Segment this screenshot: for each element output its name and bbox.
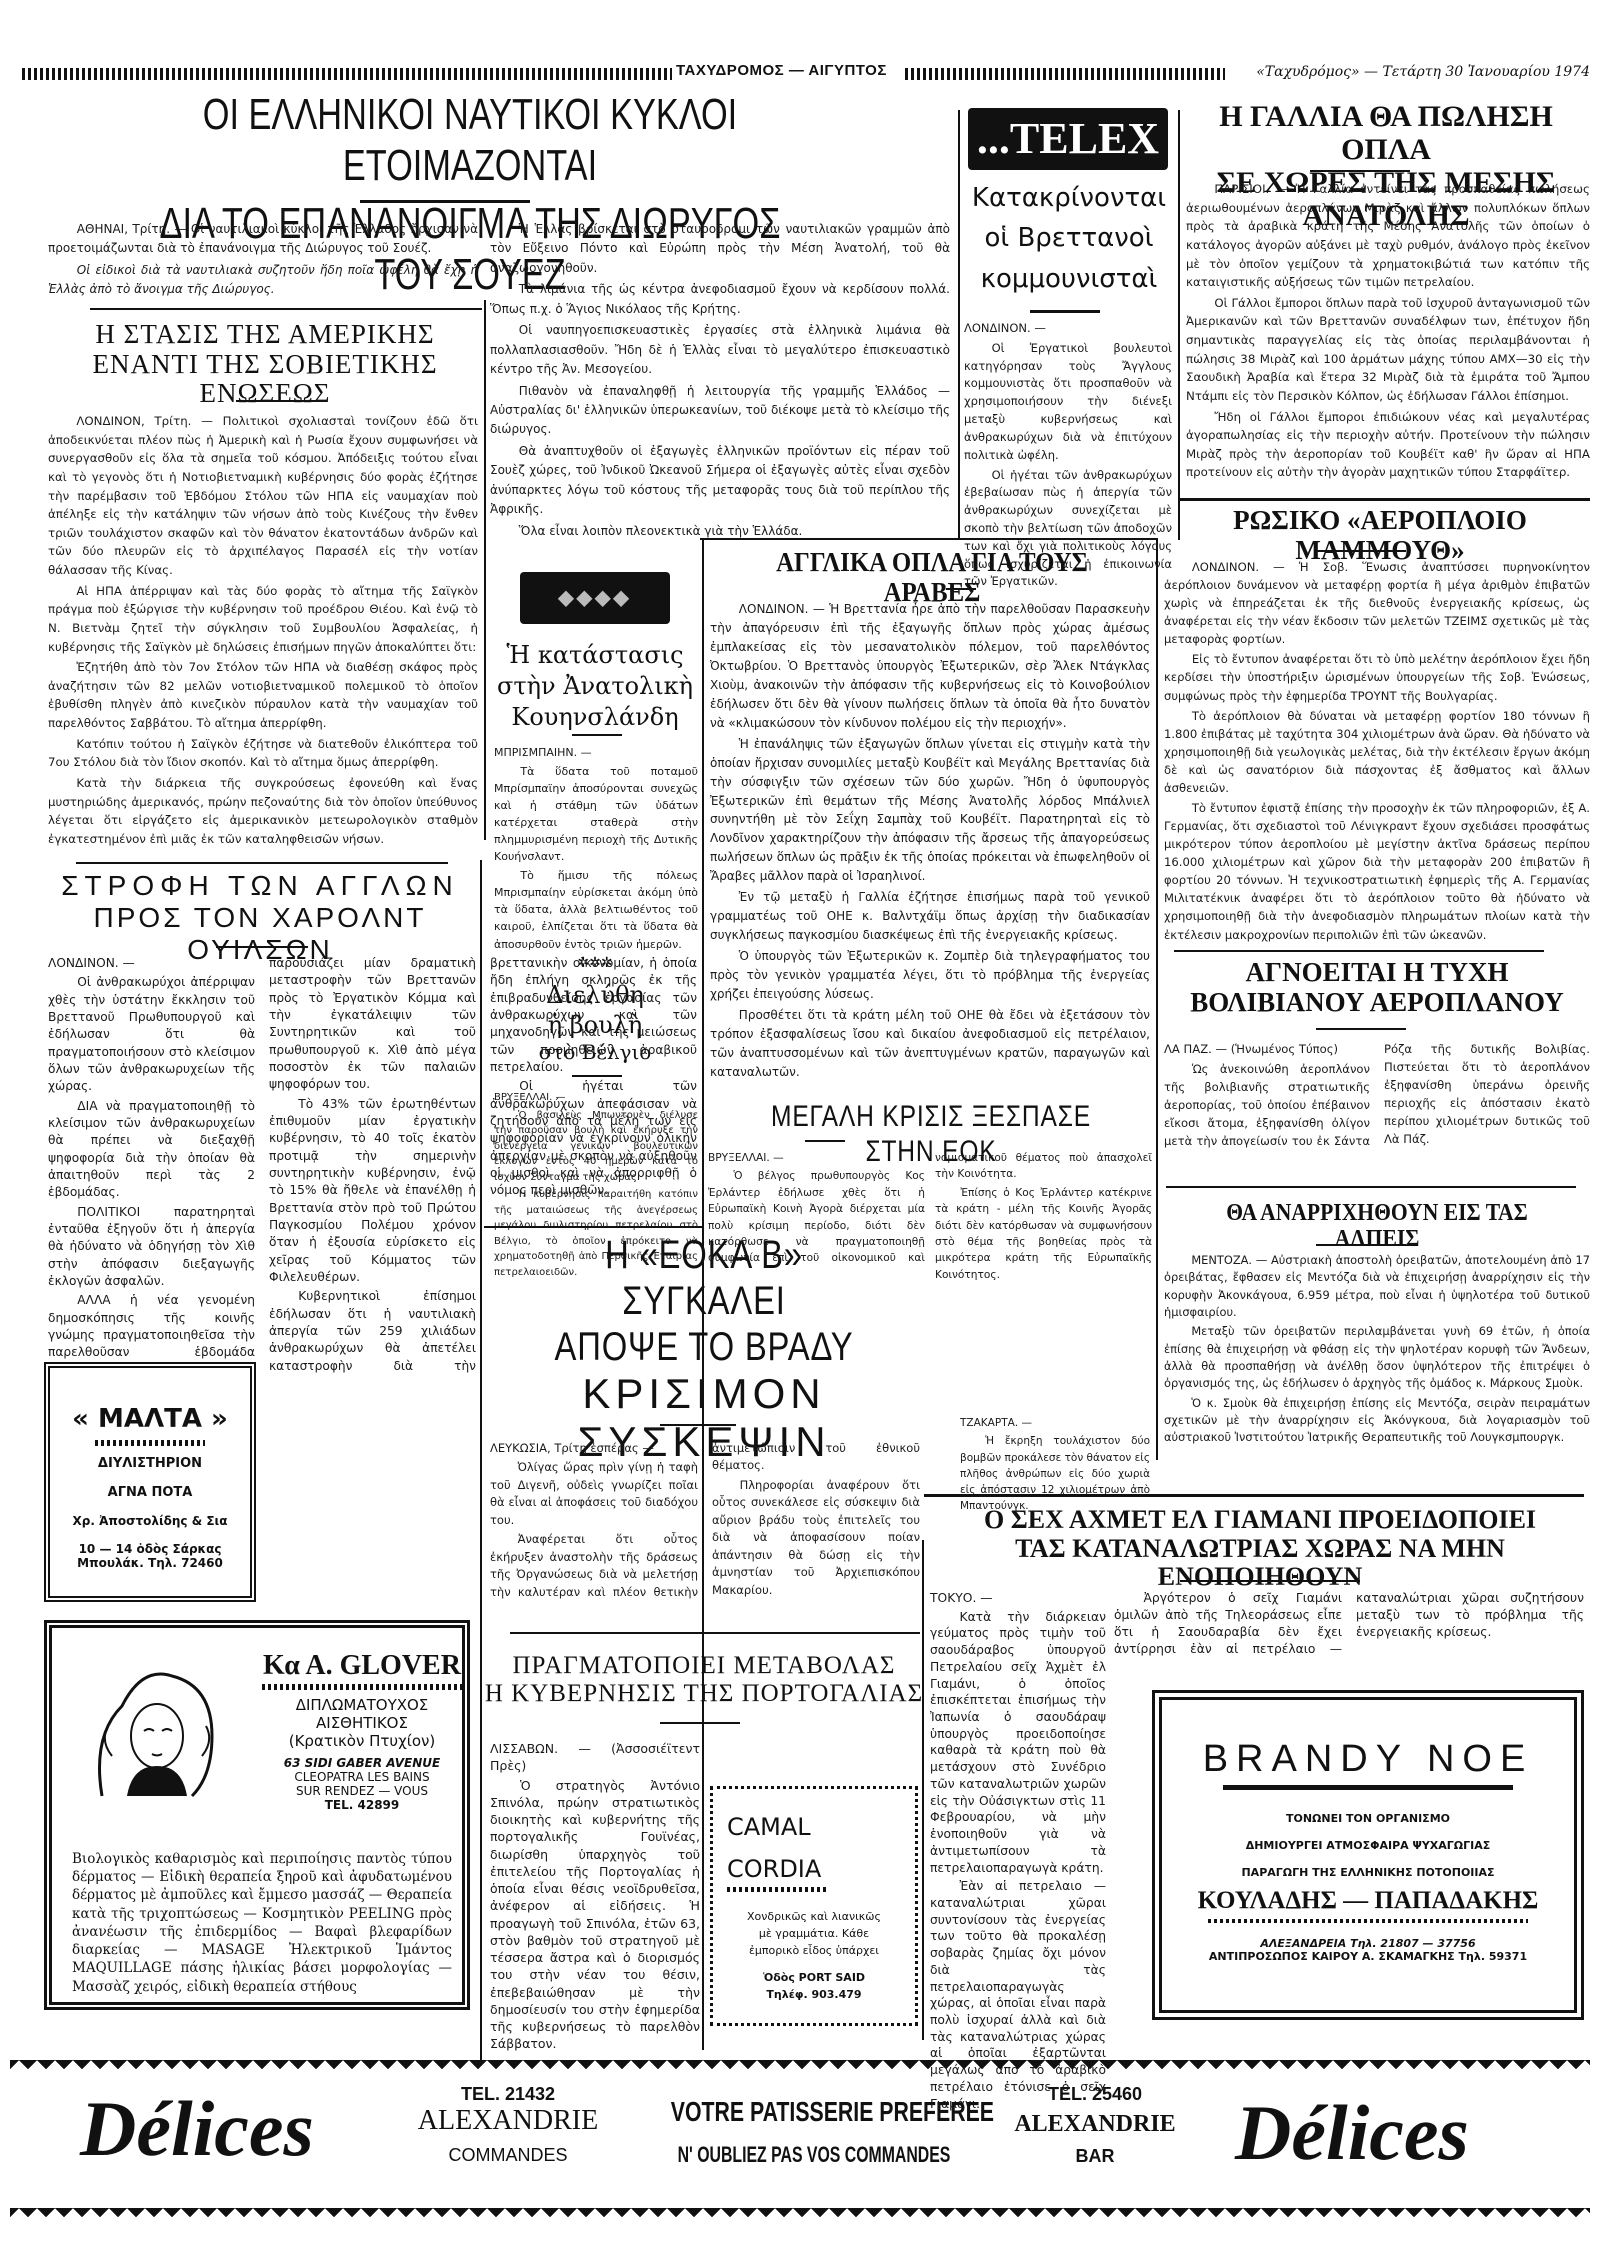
america-rule	[236, 400, 316, 402]
portugal-headline-line-2: Η ΚΥΒΕΡΝΗΣΙΣ ΤΗΣ ΠΟΡΤΟΓΑΛΙΑΣ	[484, 1680, 924, 1708]
masthead-ornament-left	[22, 68, 672, 80]
masthead-ornament-right	[905, 68, 1225, 80]
portugal-rule	[660, 1722, 740, 1724]
rossiko-headline: ΡΩΣΙΚΟ «ΑΕΡΟΠΛΟΙΟ ΜΑΜΜΟΥΘ»	[1170, 506, 1590, 565]
arab-arms-paragraph: ΛΟΝΔΙΝΟΝ. — Ἡ Βρεττανία ἦρε ἀπὸ τὴν παρε…	[710, 600, 1150, 733]
eoka-headline: Η «ΕΟΚΑ Β» ΣΥΓΚΑΛΕΙ ΑΠΟΨΕ ΤΟ ΒΡΑΔΥ ΚΡΙΣΙ…	[484, 1232, 924, 1467]
yamani-headline-line-1: Ο ΣΕΧ ΑΧΜΕΤ ΕΛ ΓΙΑΜΑΝΙ ΠΡΟΕΙΔΟΠΟΙΕΙ	[920, 1506, 1600, 1535]
telex-rule	[1030, 310, 1100, 313]
delices-slogan-line-1: VOTRE PATISSERIE PREFEREE	[671, 2096, 929, 2128]
france-paragraph: Οἱ Γάλλοι ἔμποροι ὅπλων παρὰ τοῦ ἰσχυροῦ…	[1186, 294, 1590, 406]
telex-paragraph: Οἱ Ἐργατικοὶ βουλευτοὶ κατηγόρησαν τοὺς …	[964, 340, 1172, 465]
queensland-headline-line: Ἡ κατάστασις	[490, 640, 700, 671]
tsakarta-paragraph: Ἡ ἔκρηξη τουλάχιστον δύο βομβῶν προκάλεσ…	[960, 1433, 1150, 1514]
brandy-rule	[1223, 1785, 1513, 1790]
malta-line: ΔΙΥΛΙΣΤΗΡΙΟΝ	[50, 1456, 250, 1471]
lead-paragraph: ΑΘΗΝΑΙ, Τρίτη. — Οἱ ναυτιλιακοὶ κύκλοι τ…	[48, 220, 478, 259]
glover-title: (Κρατικὸν Πτυχίον)	[262, 1732, 462, 1750]
america-headline: Η ΣΤΑΣΙΣ ΤΗΣ ΑΜΕΡΙΚΗΣ ΕΝΑΝΤΙ ΤΗΣ ΣΟΒΙΕΤΙ…	[50, 320, 480, 409]
camal-desc: Χονδρικῶς καὶ λιανικῶς	[727, 1908, 901, 1925]
rossiko-body: ΛΟΝΔΙΝΟΝ. — Ἡ Σοβ. Ἕνωσις ἀναπτύσσει πυρ…	[1164, 558, 1590, 946]
strofi-headline-line-1: ΣΤΡΟΦΗ ΤΩΝ ΑΓΓΛΩΝ	[40, 870, 480, 902]
malta-phone: Μπουλάκ. Τηλ. 72460	[50, 1556, 250, 1570]
eoka-body: ΛΕΥΚΩΣΙΑ, Τρίτη ἑσπέρας — Ὀλίγας ὥρας πρ…	[490, 1440, 920, 1601]
section-rule	[1166, 1186, 1576, 1188]
alps-rule	[1316, 1244, 1406, 1246]
france-headline-line-1: Η ΓΑΛΛΙΑ ΘΑ ΠΩΛΗΣΗ ΟΠΛΑ	[1186, 100, 1586, 166]
france-body: ΠΑΡΙΣΙΟΙ. — Ἡ Γαλλία ἐντείνει τὰς προσπα…	[1186, 180, 1590, 484]
rossiko-paragraph: Εἰς τὸ ἔντυπον ἀναφέρεται ὅτι τὸ ὑπὸ μελ…	[1164, 650, 1590, 704]
eoka-paragraph: Πληροφορίαι ἀναφέρουν ὅτι οὗτος συνεκάλε…	[712, 1477, 920, 1599]
portugal-headline: ΠΡΑΓΜΑΤΟΠΟΙΕΙ ΜΕΤΑΒΟΛΑΣ Η ΚΥΒΕΡΝΗΣΙΣ ΤΗΣ…	[484, 1652, 924, 1707]
glover-address: CLEOPATRA LES BAINS	[262, 1770, 462, 1784]
portugal-paragraph: Ὁ στρατηγὸς Ἀντόνιο Σπινόλα, πρώην στρατ…	[490, 1777, 700, 2053]
eoka-paragraph: Ὀλίγας ὥρας πρὶν γίνῃ ἡ ταφὴ τοῦ Διγενῆ,…	[490, 1459, 698, 1529]
america-paragraph: Κατὰ τὴν διάρκεια τῆς συγκρούσεως ἐφονεύ…	[48, 774, 478, 849]
eok-dateline: ΒΡΥΞΕΛΛΑΙ. —	[708, 1150, 925, 1166]
yamani-headline-line-2: ΤΑΣ ΚΑΤΑΝΑΛΩΤΡΙΑΣ ΧΩΡΑΣ ΝΑ ΜΗΝ ΕΝΟΠΟΙΗΘΟ…	[920, 1535, 1600, 1592]
brandy-name: BRANDY NOE	[1162, 1738, 1574, 1781]
brandy-address: ΑΛΕΞΑΝΔΡΕΙΑ Τηλ. 21807 — 37756	[1162, 1937, 1574, 1950]
glover-services: Βιολογικὸς καθαρισμὸς καὶ περιποίησις πα…	[72, 1850, 452, 1996]
section-rule	[924, 1494, 1584, 1497]
telex-dateline: ΛΟΝΔΙΝΟΝ. —	[964, 320, 1172, 338]
brandy-ornament	[1208, 1919, 1528, 1923]
brandy-ad: BRANDY NOE ΤΟΝΩΝΕΙ ΤΟΝ ΟΡΓΑΝΙΣΜΟ ΔΗΜΙΟΥΡ…	[1152, 1690, 1584, 2020]
section-rule	[700, 538, 1158, 540]
arab-arms-paragraph: Ἡ ἐπανάληψις τῶν ἐξαγωγῶν ὅπλων γίνεται …	[710, 735, 1150, 887]
banner-zigzag-top	[10, 2060, 1590, 2072]
telex-headline-line: Κατακρίνονται	[962, 178, 1176, 218]
portugal-body: ΛΙΣΣΑΒΩΝ. — (Ἀσσοσιέϊτεντ Πρὲς) Ὁ στρατη…	[490, 1740, 700, 2055]
brandy-line: ΔΗΜΙΟΥΡΓΕΙ ΑΤΜΟΣΦΑΙΡΑ ΨΥΧΑΓΩΓΙΑΣ	[1162, 1839, 1574, 1852]
eoka-dateline: ΛΕΥΚΩΣΙΑ, Τρίτη ἑσπέρας —	[490, 1440, 698, 1457]
bolivia-body: ΛΑ ΠΑΖ. — (Ἡνωμένος Τύπος) Ὡς ἀνεκοινώθη…	[1164, 1040, 1590, 1150]
delices-banner: Délices TEL. 21432 ALEXANDRIE COMMANDES …	[10, 2074, 1590, 2204]
arab-arms-paragraph: Ὁ ὑπουργὸς τῶν Ἐξωτερικῶν κ. Ζομπὲρ διὰ …	[710, 947, 1150, 1004]
delices-left-info: TEL. 21432 ALEXANDRIE COMMANDES	[388, 2084, 628, 2166]
strofi-body: ΛΟΝΔΙΝΟΝ. — Οἱ ἀνθρακωρύχοι ἀπέρριψαν χθ…	[48, 955, 476, 1375]
strofi-paragraph: Οἱ ἡγέται τῶν ἀνθρακωρύχων ἀπεφάσισαν νὰ…	[490, 1078, 697, 1199]
section-rule	[510, 1632, 920, 1634]
telex-headline-line: οἱ Βρεττανοὶ	[962, 218, 1176, 258]
section-rule	[76, 862, 448, 864]
lead-paragraph: Ἡ Ἑλλὰς βρίσκεται στὸ σταυροδρόμι τῶν να…	[490, 220, 950, 278]
lead-body-col2: Ἡ Ἑλλὰς βρίσκεται στὸ σταυροδρόμι τῶν να…	[490, 220, 950, 543]
queensland-rule	[572, 734, 622, 736]
strofi-paragraph: ΠΟΛΙΤΙΚΟΙ παρατηρηταὶ ἐνταῦθα ἐξηγοῦν ὅτ…	[48, 1204, 255, 1291]
lead-paragraph: Οἱ εἰδικοὶ διὰ τὰ ναυτιλιακὰ συζητοῦν ἤδ…	[48, 261, 478, 300]
france-paragraph: ΠΑΡΙΣΙΟΙ. — Ἡ Γαλλία ἐντείνει τὰς προσπα…	[1186, 180, 1590, 292]
delices-left-sub: COMMANDES	[388, 2145, 628, 2166]
malta-owner: Χρ. Ἀποστολίδης & Σια	[50, 1514, 250, 1528]
camal-ad: CAMAL CORDIA Χονδρικῶς καὶ λιανικῶς μὲ γ…	[710, 1786, 918, 2026]
glover-address: SUR RENDEZ — VOUS	[262, 1784, 462, 1798]
rossiko-paragraph: ΛΟΝΔΙΝΟΝ. — Ἡ Σοβ. Ἕνωσις ἀναπτύσσει πυρ…	[1164, 558, 1590, 648]
alps-body: ΜΕΝΤΟΖΑ. — Αὐστριακὴ ἀποστολὴ ὀρειβατῶν,…	[1164, 1252, 1590, 1449]
delices-logo-right: Délices	[1235, 2088, 1535, 2178]
yamani-headline: Ο ΣΕΧ ΑΧΜΕΤ ΕΛ ΓΙΑΜΑΝΙ ΠΡΟΕΙΔΟΠΟΙΕΙ ΤΑΣ …	[920, 1506, 1600, 1592]
glover-title: ΔΙΠΛΩΜΑΤΟΥΧΟΣ	[262, 1696, 462, 1714]
brandy-line: ΠΑΡΑΓΩΓΗ ΤΗΣ ΕΛΛΗΝΙΚΗΣ ΠΟΤΟΠΟΙΙΑΣ	[1162, 1866, 1574, 1879]
camal-phone: Τηλέφ. 903.479	[727, 1986, 901, 2003]
arab-arms-paragraph: Προσθέτει ὅτι τὰ κράτη μέλη τοῦ ΟΗΕ θὰ ἔ…	[710, 1006, 1150, 1082]
camal-ornament	[727, 1887, 827, 1892]
lead-paragraph: Οἱ ναυπηγοεπισκευαστικὲς ἐργασίες στὰ ἑλ…	[490, 321, 950, 379]
rossiko-paragraph: Τὸ ἀερόπλοιον θὰ δύναται νὰ μεταφέρῃ φορ…	[1164, 707, 1590, 797]
eoka-headline-line: Η «ΕΟΚΑ Β» ΣΥΓΚΑΛΕΙ	[524, 1232, 885, 1324]
alps-paragraph: ΜΕΝΤΟΖΑ. — Αὐστριακὴ ἀποστολὴ ὀρειβατῶν,…	[1164, 1252, 1590, 1321]
lead-rule	[360, 200, 530, 203]
queensland-headline-line: Κουηνσλάνδη	[490, 702, 700, 733]
three-faces-illustration-icon	[72, 1646, 242, 1816]
bolivia-rule	[1316, 1028, 1406, 1030]
bolivia-headline-line-1: ΑΓΝΟΕΙΤΑΙ Η ΤΥΧΗ	[1164, 958, 1590, 988]
arab-arms-headline: ΑΓΓΛΙΚΑ ΟΠΛΑ ΓΙΑ ΤΟΥΣ ΑΡΑΒΕΣ	[730, 548, 1135, 607]
glover-name: Κα Α. GLOVER	[262, 1650, 462, 1682]
delices-right-tel: TEL. 25460	[980, 2084, 1210, 2105]
telex-headline-line: κομμουνισταὶ	[962, 259, 1176, 299]
america-headline-line-1: Η ΣΤΑΣΙΣ ΤΗΣ ΑΜΕΡΙΚΗΣ	[50, 320, 480, 350]
yamani-rule	[1180, 1580, 1360, 1582]
delices-slogan: VOTRE PATISSERIE PREFEREE N' OUBLIEZ PAS…	[630, 2096, 970, 2168]
column-rule	[480, 860, 482, 2060]
malta-line: ΑΓΝΑ ΠΟΤΑ	[50, 1485, 250, 1500]
section-rule	[484, 1226, 704, 1228]
brandy-line: ΤΟΝΩΝΕΙ ΤΟΝ ΟΡΓΑΝΙΣΜΟ	[1162, 1812, 1574, 1825]
malta-ornament	[95, 1440, 205, 1446]
strofi-paragraph: Τὸ 43% τῶν ἐρωτηθέντων ἐπιθυμοῦν μίαν ἐρ…	[269, 1096, 476, 1287]
america-top-rule	[90, 308, 482, 310]
delices-logo-left: Délices	[80, 2084, 380, 2174]
queensland-paragraph: Τὰ ὕδατα τοῦ ποταμοῦ Μπρίσμπαϊην ἀποσύρο…	[494, 763, 698, 865]
delices-left-city: ALEXANDRIE	[388, 2105, 628, 2137]
arab-arms-body: ΛΟΝΔΙΝΟΝ. — Ἡ Βρεττανία ἦρε ἀπὸ τὴν παρε…	[710, 600, 1150, 1084]
yamani-col2: Ἀργότερον ὁ σεῖχ Γιαμάνι ὁμιλῶν ἀπὸ τῆς …	[1114, 1590, 1584, 1658]
telex-headline: Κατακρίνονται οἱ Βρεττανοὶ κομμουνισταὶ	[962, 178, 1176, 299]
lead-paragraph: Θὰ ἀναπτυχθοῦν οἱ ἐξαγωγὲς ἑλληνικῶν προ…	[490, 442, 950, 520]
america-body: ΛΟΝΔΙΝΟΝ, Τρίτη. — Πολιτικοὶ σχολιασταὶ …	[48, 412, 478, 850]
queensland-body: ΜΠΡΙΣΜΠΑΙΗΝ. — Τὰ ὕδατα τοῦ ποταμοῦ Μπρί…	[494, 744, 698, 955]
camal-desc: ἐμπορικὸ εἶδος ὑπάρχει	[727, 1942, 901, 1959]
america-paragraph: Αἱ ΗΠΑ ἀπέρριψαν καὶ τὰς δύο φορὰς τὸ αἴ…	[48, 582, 478, 657]
portugal-dateline: ΛΙΣΣΑΒΩΝ. — (Ἀσσοσιέϊτεντ Πρὲς)	[490, 1740, 700, 1775]
america-paragraph: Κατόπιν τούτου ἡ Σαϊγκὸν ἐζήτησε νὰ διατ…	[48, 735, 478, 772]
queensland-dateline: ΜΠΡΙΣΜΠΑΙΗΝ. —	[494, 744, 698, 761]
column-rule	[484, 300, 486, 840]
column-rule	[922, 1540, 924, 2040]
eok-paragraph: Ἐπίσης ὁ Κος Ἐρλάντερ κατέκρινε τὰ κράτη…	[935, 1185, 1152, 1283]
glover-title: ΑΙΣΘΗΤΙΚΟΣ	[262, 1714, 462, 1732]
roundup-logo: ◆◆◆◆	[520, 572, 670, 624]
telex-badge: ...TELEX	[968, 108, 1168, 170]
delices-right-info: TEL. 25460 ALEXANDRIE BAR	[980, 2084, 1210, 2167]
yamani-dateline: ΤΟΚΥΟ. —	[930, 1590, 1106, 1607]
glover-ornament	[262, 1684, 462, 1690]
strofi-paragraph: Οἱ ἀνθρακωρύχοι ἀπέρριψαν χθὲς τὴν ὑστάτ…	[48, 974, 255, 1095]
column-rule	[1178, 110, 1180, 540]
france-rule	[1310, 170, 1410, 172]
lead-headline-line-1: ΟΙ ΕΛΛΗΝΙΚΟΙ ΝΑΥΤΙΚΟΙ ΚΥΚΛΟΙ ΕΤΟΙΜΑΖΟΝΤΑ…	[135, 90, 806, 191]
camal-desc: μὲ γραμμάτια. Κάθε	[727, 1925, 901, 1942]
eoka-headline-line: ΑΠΟΨΕ ΤΟ ΒΡΑΔΥ	[524, 1324, 885, 1370]
glover-address: 63 SIDI GABER AVENUE	[262, 1756, 462, 1770]
delices-right-sub: BAR	[980, 2146, 1210, 2167]
malta-name: « ΜΑΛΤΑ »	[50, 1404, 250, 1434]
eok-rule	[805, 1140, 845, 1142]
delices-right-city: ALEXANDRIE	[980, 2111, 1210, 2138]
brandy-maker: ΚΟΥΛΑΔΗΣ — ΠΑΠΑΔΑΚΗΣ	[1162, 1887, 1574, 1915]
strofi-dateline: ΛΟΝΔΙΝΟΝ. —	[48, 955, 255, 972]
queensland-headline: Ἡ κατάστασις στὴν Ἀνατολικὴ Κουηνσλάνδη	[490, 640, 700, 734]
arab-arms-rule	[946, 588, 976, 590]
delices-left-tel: TEL. 21432	[388, 2084, 628, 2105]
america-paragraph: Ἐζητήθη ἀπὸ τὸν 7ον Στόλον τῶν ΗΠΑ νὰ δι…	[48, 658, 478, 733]
france-paragraph: Ἤδη οἱ Γάλλοι ἔμποροι ἐπιδιώκουν νέας κα…	[1186, 408, 1590, 483]
glover-tel: TEL. 42899	[262, 1798, 462, 1812]
brandy-agent: ΑΝΤΙΠΡΟΣΩΠΟΣ ΚΑΙΡΟΥ Α. ΣΚΑΜΑΓΚΗΣ Τηλ. 59…	[1162, 1950, 1574, 1963]
rossiko-rule	[1316, 550, 1406, 552]
column-rule	[958, 110, 960, 540]
banner-zigzag-bottom	[10, 2208, 1590, 2224]
malta-ad: « ΜΑΛΤΑ » ΔΙΥΛΙΣΤΗΡΙΟΝ ΑΓΝΑ ΠΟΤΑ Χρ. Ἀπο…	[44, 1362, 256, 1602]
rossiko-paragraph: Τὸ ἔντυπον ἐφιστᾷ ἐπίσης τὴν προσοχὴν ἐκ…	[1164, 799, 1590, 944]
portugal-headline-line-1: ΠΡΑΓΜΑΤΟΠΟΙΕΙ ΜΕΤΑΒΟΛΑΣ	[484, 1652, 924, 1680]
glover-header: Κα Α. GLOVER ΔΙΠΛΩΜΑΤΟΥΧΟΣ ΑΙΣΘΗΤΙΚΟΣ (Κ…	[262, 1650, 462, 1812]
camal-address: Ὁδὸς PORT SAID	[727, 1969, 901, 1986]
lead-body: ΑΘΗΝΑΙ, Τρίτη. — Οἱ ναυτιλιακοὶ κύκλοι τ…	[48, 220, 478, 302]
queensland-headline-line: στὴν Ἀνατολικὴ	[490, 671, 700, 702]
yamani-col1: ΤΟΚΥΟ. — Κατὰ τὴν διάρκειαν γεύματος πρὸ…	[930, 1590, 1106, 2114]
camal-line: CAMAL	[727, 1813, 901, 1841]
yamani-paragraph: Ἀργότερον ὁ σεῖχ Γιαμάνι ὁμιλῶν ἀπὸ τῆς …	[1114, 1590, 1584, 1658]
masthead-dateline: «Ταχυδρόμος» — Τετάρτη 30 Ἰανουαρίου 197…	[1230, 64, 1590, 80]
america-paragraph: ΛΟΝΔΙΝΟΝ, Τρίτη. — Πολιτικοὶ σχολιασταὶ …	[48, 412, 478, 580]
alps-paragraph: Ὁ κ. Σμοὺκ θὰ ἐπιχειρήσῃ ἐπίσης εἰς Μεντ…	[1164, 1395, 1590, 1447]
strofi-headline: ΣΤΡΟΦΗ ΤΩΝ ΑΓΓΛΩΝ ΠΡΟΣ ΤΟΝ ΧΑΡΟΛΝΤ ΟΥΙΛΣ…	[40, 870, 480, 967]
column-rule	[1156, 540, 1158, 1460]
yamani-paragraph: Κατὰ τὴν διάρκειαν γεύματος πρὸς τιμὴν τ…	[930, 1609, 1106, 1877]
arab-arms-paragraph: Ἐν τῷ μεταξὺ ἡ Γαλλία ἐζήτησε ἐπισήμως π…	[710, 888, 1150, 945]
malta-address: 10 — 14 ὁδὸς Σάρκας	[50, 1542, 250, 1556]
glover-ad: Κα Α. GLOVER ΔΙΠΛΩΜΑΤΟΥΧΟΣ ΑΙΣΘΗΤΙΚΟΣ (Κ…	[44, 1620, 470, 2010]
lead-paragraph: Τὰ λιμάνια τῆς ὡς κέντρα ἀνεφοδιασμοῦ ἔχ…	[490, 280, 950, 319]
eoka-rule	[660, 1424, 736, 1426]
strofi-paragraph: ΔΙΑ νὰ πραγματοποιηθῇ τὸ κλείσιμον τῶν ἀ…	[48, 1098, 255, 1202]
alps-paragraph: Μεταξὺ τῶν ὀρειβατῶν περιλαμβάνεται γυνὴ…	[1164, 1323, 1590, 1392]
strofi-rule	[216, 946, 308, 948]
delices-slogan-line-2: N' OUBLIEZ PAS VOS COMMANDES	[678, 2142, 923, 2168]
tsakarta-body: ΤΖΑΚΑΡΤΑ. — Ἡ ἔκρηξη τουλάχιστον δύο βομ…	[960, 1415, 1150, 1517]
bolivia-headline-line-2: ΒΟΛΙΒΙΑΝΟΥ ΑΕΡΟΠΛΑΝΟΥ	[1164, 988, 1590, 1018]
lead-paragraph: Πιθανὸν νὰ ἐπαναληφθῇ ἡ λειτουργία τῆς γ…	[490, 382, 950, 440]
section-rule	[1180, 498, 1590, 501]
queensland-paragraph: Τὸ ἥμισυ τῆς πόλεως Μπρισμπαίην εὑρίσκετ…	[494, 867, 698, 952]
camal-line: CORDIA	[727, 1855, 901, 1883]
tsakarta-dateline: ΤΖΑΚΑΡΤΑ. —	[960, 1415, 1150, 1431]
bolivia-dateline: ΛΑ ΠΑΖ. — (Ἡνωμένος Τύπος)	[1164, 1040, 1370, 1058]
section-rule	[1174, 950, 1544, 952]
bolivia-headline: ΑΓΝΟΕΙΤΑΙ Η ΤΥΧΗ ΒΟΛΙΒΙΑΝΟΥ ΑΕΡΟΠΛΑΝΟΥ	[1164, 958, 1590, 1017]
